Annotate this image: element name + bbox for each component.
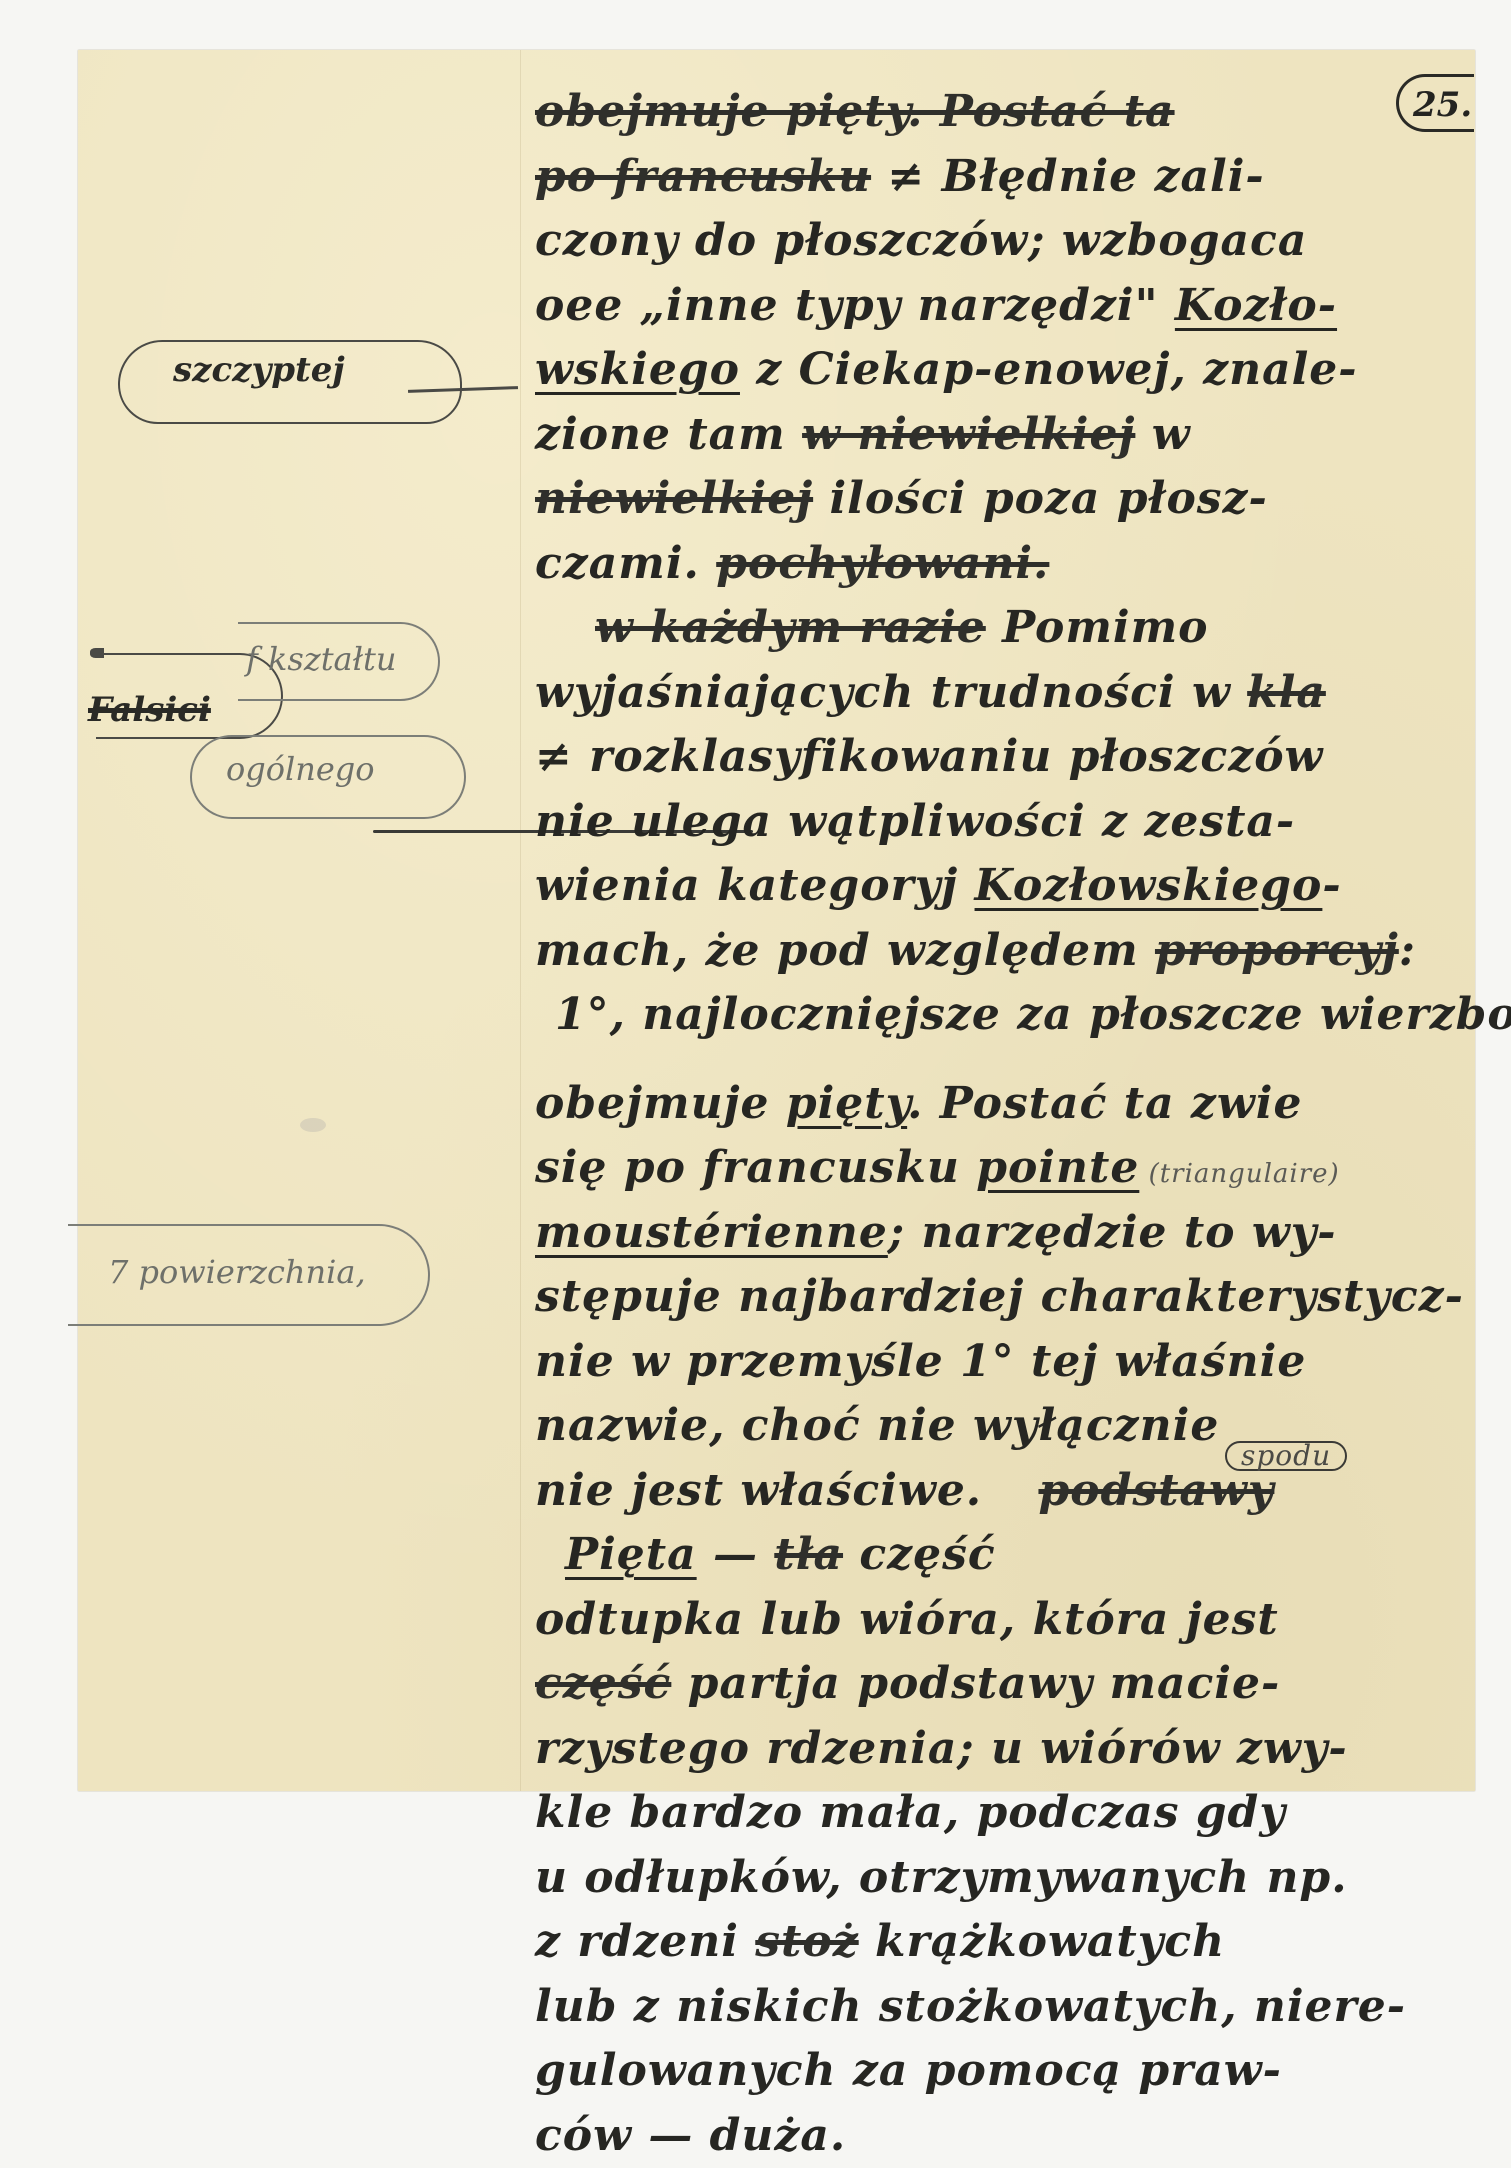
line-text: partja podstawy macie- xyxy=(671,1658,1280,1709)
margin-arrow-head xyxy=(90,648,104,658)
struck-text: kla xyxy=(1247,667,1326,718)
text-line: kle bardzo mała, podczas gdy xyxy=(535,1781,1455,1839)
line-text: nazwie, choć nie wyłącznie xyxy=(535,1400,1219,1451)
underlined-text: Kozłowskiego xyxy=(975,860,1323,911)
text-line: w każdym razie Pomimo xyxy=(535,596,1455,661)
line-tail: . Postać ta zwie xyxy=(907,1078,1302,1129)
line-text: nie w przemyśle 1° tej właśnie xyxy=(535,1336,1306,1387)
text-line: wskiego z Ciekap-enowej, znale- xyxy=(535,338,1455,403)
text-line: ≠ rozklasyfikowaniu płoszczów xyxy=(535,725,1455,790)
struck-text: w niewielkiej xyxy=(802,409,1135,460)
line-text: wyjaśniających trudności w xyxy=(535,667,1247,718)
main-text-column: obejmuje pięty. Postać ta po francusku ≠… xyxy=(535,80,1455,1839)
text-line: nie w przemyśle 1° tej właśnie xyxy=(535,1330,1455,1395)
text-line: nie ulega wątpliwości z zesta- xyxy=(535,790,1455,855)
text-line: się po francusku pointe (triangulaire) xyxy=(535,1136,1455,1201)
ink-smudge xyxy=(300,1118,326,1132)
underlined-text: Pięta xyxy=(565,1529,697,1580)
underlined-text: pointe xyxy=(976,1142,1139,1193)
paper-fold-line xyxy=(520,50,521,1791)
underlined-text: Kozło- xyxy=(1175,280,1337,331)
struck-text: tła xyxy=(774,1529,843,1580)
struck-text: w każdym razie xyxy=(595,602,986,653)
text-line: wyjaśniających trudności w kla xyxy=(535,661,1455,726)
struck-text: po francusku xyxy=(535,151,871,202)
text-line: czami. pochyłowani. xyxy=(535,532,1455,597)
annotation-triangulaire: (triangulaire) xyxy=(1139,1159,1339,1189)
line-tail: : xyxy=(1399,925,1416,976)
line-text: stępuje najbardziej charakterystycz- xyxy=(535,1271,1464,1322)
line-text: nie jest właściwe. xyxy=(535,1465,998,1516)
margin-note-szczyptej: szczyptej xyxy=(173,350,345,390)
manuscript-page: 25. szczyptej Falsici f kształtu ogólneg… xyxy=(78,50,1475,1791)
margin-note-powierzchnia: 7 powierzchnia, xyxy=(108,1253,366,1291)
underlined-text: pięty xyxy=(786,1078,907,1129)
line-text: mach, że pod względem xyxy=(535,925,1155,976)
text-line: mach, że pod względem proporcyj: xyxy=(535,919,1455,984)
line-text: czami. xyxy=(535,538,716,589)
text-line: obejmuje pięty. Postać ta zwie xyxy=(535,1072,1455,1137)
line-text: ; narzędzie to wy- xyxy=(888,1207,1337,1258)
text-line: rzystego rdzenia; u wiórów zwy- xyxy=(535,1717,1455,1782)
line-text: 1°, najlocznięjsze za płoszcze wierzbo- xyxy=(555,989,1511,1040)
struck-text: pochyłowani. xyxy=(716,538,1049,589)
line-text: wienia kategoryj xyxy=(535,860,975,911)
text-line: czony do płoszczów; wzbogaca xyxy=(535,209,1455,274)
line-text: Pomimo xyxy=(986,602,1209,653)
text-line: odtupka lub wióra, która jest xyxy=(535,1588,1455,1653)
line-text: obejmuje xyxy=(535,1078,786,1129)
struck-text: podstawy xyxy=(1038,1465,1274,1516)
text-line: obejmuje pięty. Postać ta xyxy=(535,80,1455,145)
struck-text: obejmuje pięty. Postać ta xyxy=(535,86,1175,137)
inserted-word-spodu: spodu xyxy=(1225,1441,1347,1471)
line-text: odtupka lub wióra, która jest xyxy=(535,1594,1279,1645)
text-line: niewielkiej ilości poza płosz- xyxy=(535,467,1455,532)
text-line: Pięta — tła część xyxy=(535,1523,1455,1588)
text-line: po francusku ≠ Błędnie zali- xyxy=(535,145,1455,210)
line-text: czony do płoszczów; wzbogaca xyxy=(535,215,1307,266)
line-text: rzystego rdzenia; u wiórów zwy- xyxy=(535,1723,1348,1774)
text-line: 1°, najlocznięjsze za płoszcze wierzbo- xyxy=(535,983,1455,1048)
line-text: nie ulega wątpliwości z zesta- xyxy=(535,796,1295,847)
text-line: część partja podstawy macie- xyxy=(535,1652,1455,1717)
line-text: ≠ rozklasyfikowaniu płoszczów xyxy=(535,731,1323,782)
text-line: oee „inne typy narzędzi" Kozło- xyxy=(535,274,1455,339)
struck-text: niewielkiej xyxy=(535,473,813,524)
line-text: ilości poza płosz- xyxy=(813,473,1268,524)
underlined-text: wskiego xyxy=(535,344,740,395)
text-line: stępuje najbardziej charakterystycz- xyxy=(535,1265,1455,1330)
text-line: zione tam w niewielkiej w xyxy=(535,403,1455,468)
line-text: kle bardzo mała, podczas gdy xyxy=(535,1787,1286,1838)
line-tail: część xyxy=(843,1529,996,1580)
line-text: oee „inne typy narzędzi" xyxy=(535,280,1175,331)
line-text: z Ciekap-enowej, znale- xyxy=(740,344,1358,395)
line-text: ≠ Błędnie zali- xyxy=(887,151,1264,202)
line-tail: - xyxy=(1322,860,1341,911)
text-line: wienia kategoryj Kozłowskiego- xyxy=(535,854,1455,919)
line-text: się po francusku xyxy=(535,1142,976,1193)
underlined-text: moustérienne xyxy=(535,1207,888,1258)
line-text: zione tam xyxy=(535,409,802,460)
struck-text: proporcyj xyxy=(1155,925,1399,976)
struck-text: część xyxy=(535,1658,671,1709)
text-line: nie jest właściwe. spodupodstawy xyxy=(535,1459,1455,1524)
line-tail: w xyxy=(1135,409,1190,460)
line-text: — xyxy=(697,1529,775,1580)
text-line: moustérienne; narzędzie to wy- xyxy=(535,1201,1455,1266)
margin-note-ogolnego: ogólnego xyxy=(226,750,375,788)
margin-note-ksztaltu: f kształtu xyxy=(246,640,396,678)
